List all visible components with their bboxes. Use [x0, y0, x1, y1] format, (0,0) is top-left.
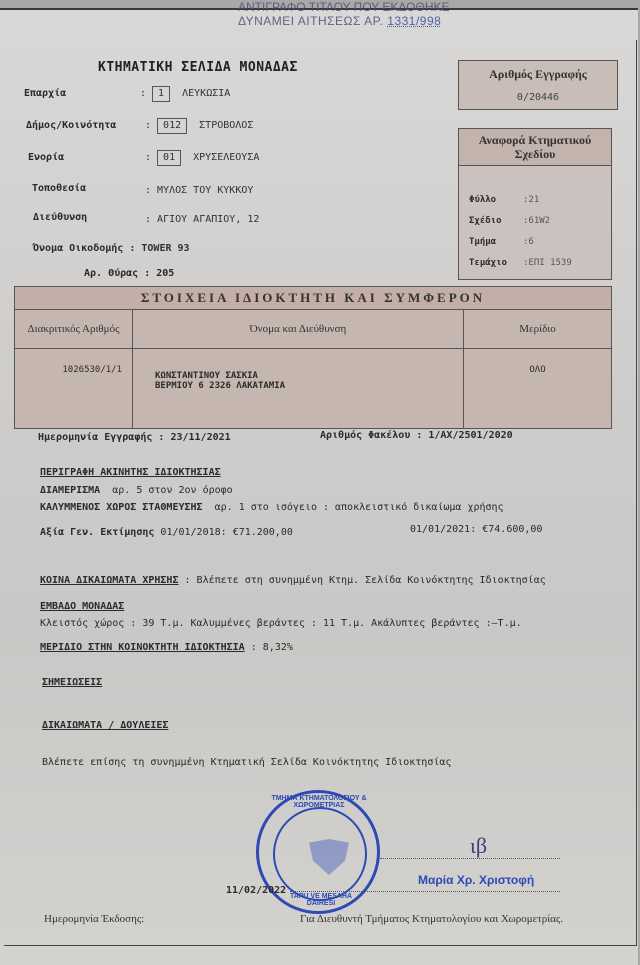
area-heading: ΕΜΒΑΔΟ ΜΟΝΑΔΑΣ [40, 601, 124, 612]
registration-number-label: Αριθμός Εγγραφής [459, 67, 617, 82]
file-number: Αριθμός Φακέλου : 1/ΑΧ/2501/2020 [320, 430, 513, 441]
district-field: : 1 ΛΕΥΚΩΣΙΑ [140, 86, 230, 102]
building-label: Όνομα Οικοδομής : TOWER 93 [33, 243, 190, 254]
coat-of-arms-icon [309, 839, 349, 875]
description-line-2: ΚΑΛΥΜΜΕΝΟΣ ΧΩΡΟΣ ΣΤΑΘΜΕΥΣΗΣ αρ. 1 στο ισ… [40, 502, 504, 513]
parish-value: ΧΡΥΣΕΛΕΟΥΣΑ [193, 152, 259, 163]
signature-mark: ιβ [470, 833, 487, 859]
parish-code: 01 [157, 150, 181, 166]
col-header-share: Μερίδιο [464, 310, 612, 349]
address-field: : ΑΓΙΟΥ ΑΓΑΠΙΟΥ, 12 [145, 214, 259, 225]
map-plot: Τεμάχιο:ΕΠΙ 1539 [469, 258, 572, 268]
owner-id: 1026530/1/1 [15, 349, 133, 429]
valuation-2018: Αξία Γεν. Εκτίμησης 01/01/2018: €71.200,… [40, 527, 293, 538]
map-plan: Σχέδιο:61W2 [469, 216, 550, 226]
registration-number-value: 0/20446 [459, 92, 617, 103]
issue-date-label: Ημερομηνία Έκδοσης: [44, 913, 144, 925]
date-line [290, 891, 560, 892]
owner-share: ΟΛΟ [464, 349, 612, 429]
owner-table: ΣΤΟΙΧΕΙΑ ΙΔΙΟΚΤΗΤΗ ΚΑΙ ΣΥΜΦΕΡΟΝ Διακριτι… [14, 286, 612, 429]
parish-label: Ενορία [28, 152, 64, 163]
common-rights: ΚΟΙΝΑ ΔΙΚΑΙΩΜΑΤΑ ΧΡΗΣΗΣ : Βλέπετε στη συ… [40, 575, 546, 586]
copy-stamp-line1: ΑΝΤΙΓΡΑΦΟ ΤΙΤΛΟΥ ΠΟΥ ΕΚΔΟΘΗΚΕ [238, 0, 450, 14]
signatory-name: Μαρία Χρ. Χριστοφή [418, 873, 534, 887]
owner-address: ΒΕΡΜΙΟΥ 6 2326 ΛΑΚΑΤΑΜΙΑ [155, 381, 462, 391]
district-value: ΛΕΥΚΩΣΙΑ [182, 88, 230, 99]
valuation-2021: 01/01/2021: €74.600,00 [410, 524, 542, 535]
door-value: 205 [156, 268, 174, 279]
col-header-name: Όνομα και Διεύθυνση [133, 310, 464, 349]
rights-text: Βλέπετε επίσης τη συνημμένη Κτηματική Σε… [42, 757, 451, 768]
owner-name-address: ΚΩΝΣΤΑΝΤΙΝΟΥ ΣΑΣΚΙΑ ΒΕΡΜΙΟΥ 6 2326 ΛΑΚΑΤ… [133, 349, 464, 429]
copy-stamp-line2: ΔΥΝΑΜΕΙ ΑΙΤΗΣΕΩΣ ΑΡ. [238, 14, 383, 28]
municipality-field: : 012 ΣΤΡΟΒΟΛΟΣ [145, 118, 253, 134]
map-reference-title: Αναφορά Κτηματικού Σχεδίου [459, 129, 611, 166]
owner-table-caption: ΣΤΟΙΧΕΙΑ ΙΔΙΟΚΤΗΤΗ ΚΑΙ ΣΥΜΦΕΡΟΝ [15, 287, 612, 310]
seal-bottom-text: TAPU VE MESAHA DAIRESI [279, 893, 363, 907]
locality-field: : ΜΥΛΟΣ ΤΟΥ ΚΥΚΚΟΥ [145, 185, 253, 196]
common-share: ΜΕΡΙΔΙΟ ΣΤΗΝ ΚΟΙΝΟΚΤΗΤΗ ΙΔΙΟΚΤΗΣΙΑ : 8,3… [40, 642, 293, 653]
description-line-1: ΔΙΑΜΕΡΙΣΜΑ αρ. 5 στον 2ον όροφο [40, 485, 233, 496]
page-title: ΚΤΗΜΑΤΙΚΗ ΣΕΛΙΔΑ ΜΟΝΑΔΑΣ [98, 60, 298, 75]
municipality-code: 012 [157, 118, 187, 134]
description-heading: ΠΕΡΙΓΡΑΦΗ ΑΚΙΝΗΤΗΣ ΙΔΙΟΚΤΗΣΙΑΣ [40, 467, 221, 478]
district-label: Επαρχία [24, 88, 66, 99]
notes-heading: ΣΗΜΕΙΩΣΕΙΣ [42, 677, 102, 688]
municipality-value: ΣΤΡΟΒΟΛΟΣ [199, 120, 253, 131]
rights-heading: ΔΙΚΑΙΩΜΑΤΑ / ΔΟΥΛΕΙΕΣ [42, 720, 168, 731]
locality-value: ΜΥΛΟΣ ΤΟΥ ΚΥΚΚΟΥ [157, 185, 253, 196]
municipality-label: Δήμος/Κοινότητα [26, 120, 116, 131]
district-code: 1 [152, 86, 170, 102]
owner-name: ΚΩΝΣΤΑΝΤΙΝΟΥ ΣΑΣΚΙΑ [155, 371, 462, 381]
door-label: Αρ. Θύρας : 205 [84, 268, 174, 279]
map-reference-box: Αναφορά Κτηματικού Σχεδίου Φύλλο:21 Σχέδ… [458, 128, 612, 280]
area-line: Κλειστός χώρος : 39 Τ.μ. Καλυμμένες βερά… [40, 618, 522, 629]
issue-date-value: 11/02/2022 [226, 885, 286, 896]
address-label: Διεύθυνση [33, 212, 87, 223]
col-header-id: Διακριτικός Αριθμός [15, 310, 133, 349]
copy-stamp-number: 1331/998 [387, 14, 441, 28]
address-value: ΑΓΙΟΥ ΑΓΑΠΙΟΥ, 12 [157, 214, 259, 225]
registration-number-box: Αριθμός Εγγραφής 0/20446 [458, 60, 618, 110]
parish-field: : 01 ΧΡΥΣΕΛΕΟΥΣΑ [145, 150, 259, 166]
building-value: TOWER 93 [141, 243, 189, 254]
table-row: 1026530/1/1 ΚΩΝΣΤΑΝΤΙΝΟΥ ΣΑΣΚΙΑ ΒΕΡΜΙΟΥ … [15, 349, 612, 429]
signatory-role: Για Διευθυντή Τμήματος Κτηματολογίου και… [300, 913, 563, 925]
registration-date: Ημερομηνία Εγγραφής : 23/11/2021 [38, 432, 231, 443]
map-section: Τμήμα:6 [469, 237, 534, 247]
map-sheet: Φύλλο:21 [469, 195, 539, 205]
copy-stamp: ΑΝΤΙΓΡΑΦΟ ΤΙΤΛΟΥ ΠΟΥ ΕΚΔΟΘΗΚΕ ΔΥΝΑΜΕΙ ΑΙ… [238, 0, 450, 28]
locality-label: Τοποθεσία [32, 183, 86, 194]
